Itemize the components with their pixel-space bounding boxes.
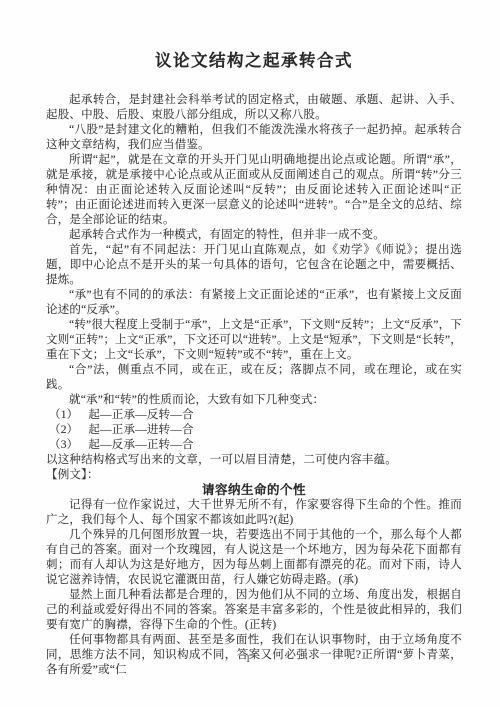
essay-title: 请容纳生命的个性: [46, 483, 462, 498]
paragraph-9: 就“承”和“转”的性质而论，大致有如下几种变式：: [46, 393, 462, 408]
variant-number: （2）: [49, 424, 78, 436]
paragraph-4: 起承转合式作为一种模式，有固定的特性，但并非一成不变。: [46, 228, 462, 243]
paragraph-1: 起承转合，是封建社会科举考试的固定格式，由破题、承题、起讲、入手、起股、中股、后…: [46, 93, 462, 123]
variant-formula: 起—反承—正转—合: [88, 439, 193, 451]
paragraph-8: “合”法，侧重点不同，或在正，或在反；落脚点不同，或在理论，或在实践。: [46, 363, 462, 393]
essay-paragraph-1: 记得有一位作家说过，大千世界无所不有，作家要容得下生命的个性。推而广之，我们每个…: [46, 498, 462, 528]
example-label: 【例文】：: [46, 468, 462, 483]
paragraph-6: “承”也有不同的的承法：有紧接上文正面论述的“正承”，也有紧接上文反面论述的“反…: [46, 288, 462, 318]
essay-paragraph-3: 显然上面几种看法都是合理的，因为他们从不同的立场、角度出发，根据自己的利益或爱好…: [46, 588, 462, 633]
variant-number: （1）: [49, 409, 78, 421]
variant-number: （3）: [49, 439, 78, 451]
document-title: 议论文结构之起承转合式: [46, 50, 462, 72]
paragraph-7: “转”很大程度上受制于“承”，上文是“正承”，下文则“反转”；上文“反承”，下文…: [46, 318, 462, 363]
variant-item-1: （1）起—正承—反转—合: [46, 408, 462, 423]
page-number: 1: [0, 653, 496, 665]
document-content: 议论文结构之起承转合式 起承转合，是封建社会科举考试的固定格式，由破题、承题、起…: [0, 0, 500, 678]
paragraph-5: 首先，“起”有不同起法：开门见山直陈观点，如《劝学》《师说》；提出选题，即中心论…: [46, 243, 462, 288]
variant-item-2: （2）起—正承—进转—合: [46, 423, 462, 438]
variant-formula: 起—正承—反转—合: [88, 409, 193, 421]
closing-paragraph: 以这种结构格式写出来的文章，一可以眉目清楚，二可使内容丰蕴。: [46, 453, 462, 468]
variant-item-3: （3）起—反承—正转—合: [46, 438, 462, 453]
variant-formula: 起—正承—进转—合: [88, 424, 193, 436]
document-page: 议论文结构之起承转合式 起承转合，是封建社会科举考试的固定格式，由破题、承题、起…: [0, 0, 500, 707]
paragraph-2: “八股”是封建文化的糟粕，但我们不能泼洗澡水将孩子一起扔掉。起承转合这种文章结构…: [46, 123, 462, 153]
paragraph-3: 所谓“起”，就是在文章的开头开门见山明确地提出论点或论题。所谓“承”，就是承接，…: [46, 153, 462, 228]
essay-paragraph-2: 几个殊异的几何图形放置一块，若要选出不同于其他的一个，那么每个人都有自己的答案。…: [46, 528, 462, 588]
